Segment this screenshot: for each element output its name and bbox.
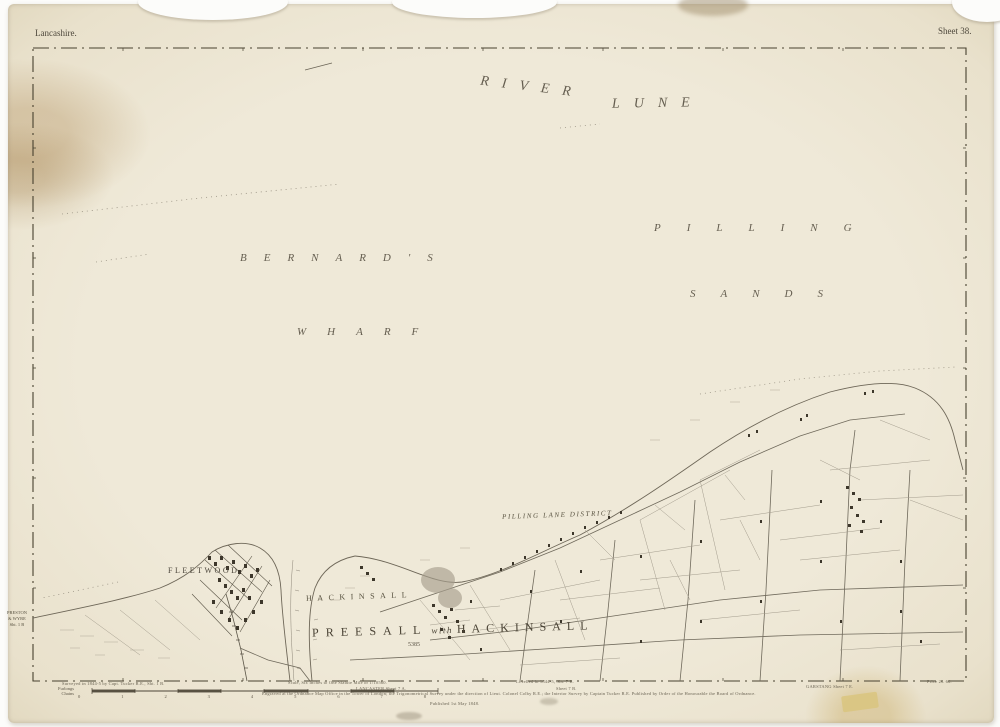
marsh-hachures — [60, 390, 780, 658]
footer-note-scale: Scale, Six Inches to One Statute Mile or… — [288, 680, 387, 685]
scale-tick-labels: 012345678 — [78, 694, 426, 699]
sand-bank-dotted-lines — [42, 124, 956, 598]
footer-note-right: Levelled in 1844-5, Sht. 7 B. — [516, 679, 574, 684]
footer-price-note: Price 2s. 6d. — [927, 679, 952, 684]
border-ticks — [33, 48, 966, 681]
map-border — [33, 48, 966, 681]
stain — [396, 712, 422, 720]
label-bernards: BERNARD'S — [240, 252, 450, 264]
county-title: Lancashire. — [35, 28, 77, 38]
channel-detail — [291, 560, 322, 681]
label-sands: SANDS — [690, 288, 848, 300]
footer-fineprint-2: Published 1st May 1848. — [430, 701, 479, 706]
label-preesall: PREESALL — [312, 623, 428, 640]
label-fleetwood: FLEETWOOD — [168, 566, 239, 575]
area-number: 5385 — [408, 642, 420, 648]
roads — [240, 414, 963, 681]
scale-units: Furlongs Chains — [58, 686, 74, 696]
label-pilling: PILLING — [654, 222, 878, 234]
sheet-number: Sheet 38. — [938, 26, 972, 36]
label-with: with — [431, 625, 453, 636]
label-hackinsall-large: HACKINSALL — [457, 618, 594, 636]
scale-bar-labels: Furlongs Chains 012345678 — [58, 686, 426, 699]
adjacent-sheet-note: PRESTON & WYRE Sht. 1 B — [2, 610, 32, 628]
plantation-patch — [421, 567, 462, 608]
label-river-lune-word2: LUNE — [612, 95, 704, 113]
scanned-map-sheet: Lancashire. Sheet 38. RIVER LUNE PILLING… — [0, 0, 1000, 727]
buildings — [208, 390, 922, 651]
stain — [540, 698, 558, 705]
label-wharf: WHARF — [297, 326, 439, 338]
railway-line — [226, 594, 248, 681]
pencil-mark — [305, 63, 332, 70]
adjacent-sheet-right: GARSTANG Sheet 7 E. — [806, 684, 853, 689]
